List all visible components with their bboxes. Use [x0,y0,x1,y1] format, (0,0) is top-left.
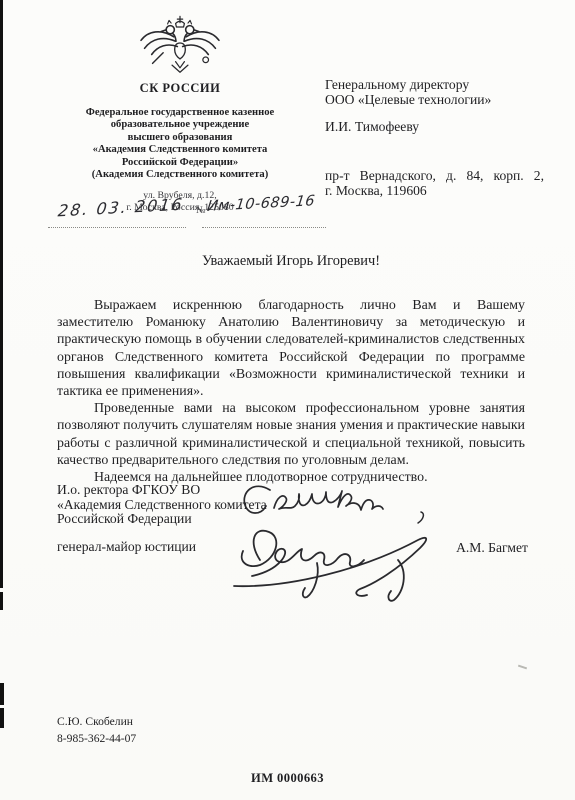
requisites-line: 28. 03. 2016 № Им-10-689-16 [40,196,332,230]
addressee-company: ООО «Целевые технологии» [325,92,544,107]
coat-of-arms-icon [130,12,230,74]
signature-autograph-icon [222,518,447,608]
addressee-address-line: пр-т Вернадского, д. 84, корп. 2, [325,168,544,183]
org-name-line: высшего образования [30,132,330,144]
contact-name: С.Ю. Скобелин [57,713,136,730]
org-full-name: Федеральное государственное казенное обр… [30,107,330,181]
number-underline [202,227,326,228]
scan-artifact-left-edge [0,683,4,705]
body-paragraph: Проведенные вами на высоком профессионал… [57,400,525,469]
body-paragraph: Выражаем искреннюю благодарность лично В… [57,297,525,400]
scan-artifact-left-edge [0,708,4,728]
number-sign: № [196,205,206,216]
form-number: ИМ 0000663 [0,771,575,786]
salutation: Уважаемый Игорь Игоревич! [57,253,525,270]
addressee-role: Генеральному директору [325,77,544,92]
org-name-line: Федеральное государственное казенное [30,107,330,119]
addressee-address-line: г. Москва, 119606 [325,183,544,198]
executor-contact: С.Ю. Скобелин 8-985-362-44-07 [57,713,136,747]
signer-name: А.М. Багмет [380,540,528,556]
addressee-block: Генеральному директору ООО «Целевые техн… [325,77,544,198]
addressee-name: И.И. Тимофееву [325,119,544,134]
contact-phone: 8-985-362-44-07 [57,730,136,747]
date-underline [48,227,186,228]
handwritten-outgoing-number: Им-10-689-16 [206,193,316,215]
letter-body: Выражаем искреннюю благодарность лично В… [57,297,525,486]
org-name-line: Российской Федерации» [30,157,330,169]
handwritten-date: 28. 03. 2016 [57,195,185,221]
scan-artifact-speck [518,665,527,670]
scan-artifact-left-edge [0,592,3,610]
org-name-line: образовательное учреждение [30,119,330,131]
letterhead: СК РОССИИ Федеральное государственное ка… [30,10,330,214]
org-name-line: «Академия Следственного комитета [30,144,330,156]
scanned-letter-page: СК РОССИИ Федеральное государственное ка… [0,0,575,800]
scan-artifact-left-edge [0,0,3,588]
org-short-name: СК РОССИИ [30,81,330,96]
org-name-line: (Академия Следственного комитета) [30,169,330,181]
